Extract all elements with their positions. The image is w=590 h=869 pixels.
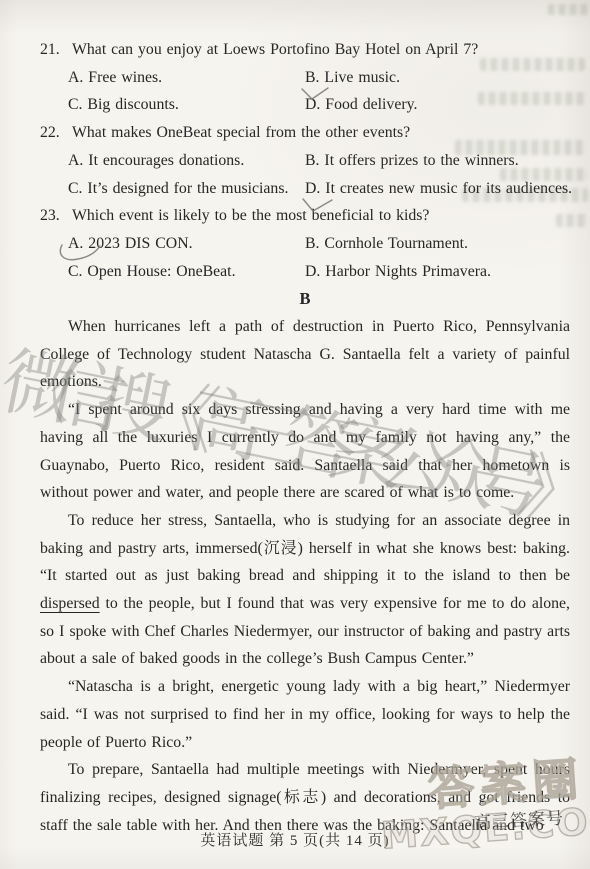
- question-number: 22.: [40, 119, 72, 147]
- option-row: C. Big discounts. D. Food delivery.: [40, 91, 570, 119]
- option-row: C. It’s designed for the musicians. D. I…: [40, 175, 570, 203]
- question-block-21: 21.What can you enjoy at Loews Portofino…: [40, 36, 570, 119]
- paragraph-text: To reduce her stress, Santaella, who is …: [40, 512, 570, 584]
- answer-option-b: B. Live music.: [305, 64, 400, 92]
- answer-option-d: D. Food delivery.: [305, 91, 417, 119]
- passage-paragraph: “I spent around six days stressing and h…: [40, 396, 570, 507]
- page-footer: 英语试题 第 5 页(共 14 页): [0, 829, 590, 850]
- passage-paragraph: When hurricanes left a path of destructi…: [40, 313, 570, 396]
- option-row: A. It encourages donations. B. It offers…: [40, 147, 570, 175]
- question-stem-row: 21.What can you enjoy at Loews Portofino…: [40, 36, 570, 64]
- answer-option-c: C. It’s designed for the musicians.: [68, 180, 288, 197]
- passage-paragraph: To reduce her stress, Santaella, who is …: [40, 507, 570, 673]
- option-row: A. Free wines. B. Live music.: [40, 64, 570, 92]
- question-number: 21.: [40, 36, 72, 64]
- answer-option-b: B. Cornhole Tournament.: [305, 230, 468, 258]
- exam-content-column: 21.What can you enjoy at Loews Portofino…: [40, 36, 570, 839]
- answer-option-c: C. Open House: OneBeat.: [68, 263, 236, 280]
- answer-option-d: D. It creates new music for its audience…: [305, 175, 572, 203]
- scanned-exam-page: { "page": { "footer": "英语试题 第 5 页(共 14 页…: [0, 0, 590, 869]
- question-stem-row: 22.What makes OneBeat special from the o…: [40, 119, 570, 147]
- answer-option-c: C. Big discounts.: [68, 96, 179, 113]
- underlined-word: dispersed: [40, 595, 100, 612]
- question-stem: Which event is likely to be the most ben…: [72, 207, 429, 224]
- section-heading-b: B: [40, 285, 570, 313]
- question-stem: What makes OneBeat special from the othe…: [72, 124, 410, 141]
- answer-option-a: A. 2023 DIS CON.: [68, 235, 193, 252]
- question-block-23: 23.Which event is likely to be the most …: [40, 202, 570, 285]
- question-number: 23.: [40, 202, 72, 230]
- answer-option-d: D. Harbor Nights Primavera.: [305, 258, 491, 286]
- answer-option-a: A. Free wines.: [68, 69, 162, 86]
- passage-paragraph: “Natascha is a bright, energetic young l…: [40, 673, 570, 756]
- question-stem: What can you enjoy at Loews Portofino Ba…: [72, 41, 478, 58]
- answer-option-b: B. It offers prizes to the winners.: [305, 147, 519, 175]
- option-row: A. 2023 DIS CON. B. Cornhole Tournament.: [40, 230, 570, 258]
- bleed-through-smudge: [548, 4, 588, 15]
- answer-option-a: A. It encourages donations.: [68, 152, 244, 169]
- question-stem-row: 23.Which event is likely to be the most …: [40, 202, 570, 230]
- paragraph-text: to the people, but I found that was very…: [40, 595, 570, 667]
- passage-paragraph: To prepare, Santaella had multiple meeti…: [40, 756, 570, 839]
- question-block-22: 22.What makes OneBeat special from the o…: [40, 119, 570, 202]
- option-row: C. Open House: OneBeat. D. Harbor Nights…: [40, 258, 570, 286]
